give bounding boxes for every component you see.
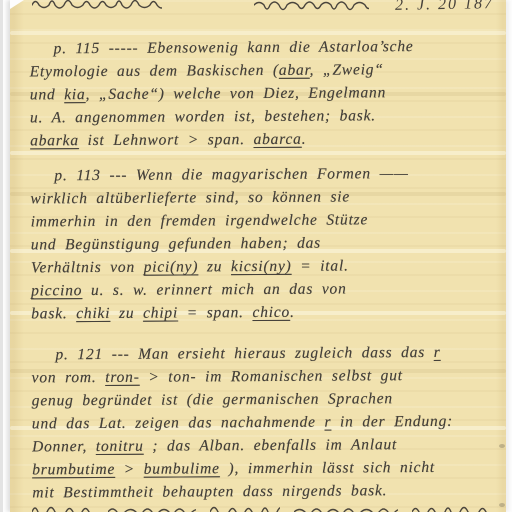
underlined-term: abarka xyxy=(30,132,79,149)
handwritten-line: abarka ist Lehnwort > span. abarca. xyxy=(30,127,491,153)
text-segment: Verhältnis von xyxy=(31,259,144,277)
illegible-handwriting-fragment xyxy=(32,501,94,512)
handwritten-line: wirklich altüberlieferte sind, so können… xyxy=(30,185,491,211)
paragraph: p. 121 --- Man ersieht hieraus zugleich … xyxy=(31,341,493,505)
edge-smudge xyxy=(499,503,505,507)
text-segment: und Begünstigung gefunden haben; das xyxy=(31,235,321,254)
underlined-term: r xyxy=(434,344,441,361)
handwritten-line: p. 113 --- Wenn die magyarischen Formen … xyxy=(30,162,491,188)
handwritten-line: u. A. angenommen worden ist, bestehen; b… xyxy=(30,104,491,130)
underlined-term: tonitru xyxy=(96,438,144,455)
text-segment: genug begründet ist (die germanischen Sp… xyxy=(32,390,393,409)
text-segment: > ton- im Romanischen selbst gut xyxy=(140,367,403,386)
paper-sheet: 2. J. 20 187 p. 115 ----- Ebensowenig ka… xyxy=(10,0,506,512)
text-segment: . xyxy=(290,304,295,321)
text-segment: = ital. xyxy=(292,257,349,274)
edge-smudge xyxy=(499,444,505,448)
handwritten-line: immerhin in den fremden irgendwelche Stü… xyxy=(31,208,492,234)
handwritten-line: Etymologie aus dem Baskischen (abar, „Zw… xyxy=(30,58,491,84)
illegible-handwriting-fragment xyxy=(254,0,369,14)
underlined-term: tron- xyxy=(105,369,140,386)
paragraph: p. 115 ----- Ebensowenig kann die Astarl… xyxy=(30,35,492,153)
handwritten-line: und Begünstigung gefunden haben; das xyxy=(31,231,492,257)
illegible-handwriting-fragment xyxy=(294,501,398,512)
header-line: 2. J. 20 187 xyxy=(32,0,494,14)
handwritten-line: bask. chiki zu chipi = span. chico. xyxy=(31,300,492,326)
text-segment: p. 113 --- Wenn die magyarischen Formen … xyxy=(54,165,408,184)
text-segment: zu xyxy=(198,258,231,275)
handwritten-line: p. 121 --- Man ersieht hieraus zugleich … xyxy=(31,341,492,367)
text-segment: p. 115 ----- Ebensowenig kann die Astarl… xyxy=(54,38,414,57)
text-segment: von rom. xyxy=(32,369,106,386)
illegible-handwriting-fragment xyxy=(412,501,488,512)
text-segment: ; das Alban. ebenfalls im Anlaut xyxy=(144,436,398,455)
underlined-term: bumbulime xyxy=(144,460,220,477)
clipped-bottom-line xyxy=(32,501,492,512)
text-segment: zu xyxy=(110,305,143,322)
underlined-term: kia xyxy=(64,86,85,103)
handwritten-line: brumbutime > bumbulime ), immerhin lässt… xyxy=(32,456,493,482)
text-segment: u. s. w. erinnert mich an das von xyxy=(82,280,346,299)
handwritten-line: von rom. tron- > ton- im Romanischen sel… xyxy=(32,364,493,390)
handwritten-line: Donner, tonitru ; das Alban. ebenfalls i… xyxy=(32,433,493,459)
text-segment: > xyxy=(115,461,144,478)
handwritten-line: und das Lat. zeigen das nachahmende r in… xyxy=(32,410,493,436)
text-segment: ), immerhin lässt sich nicht xyxy=(220,459,435,477)
text-segment: p. 121 --- Man ersieht hieraus zugleich … xyxy=(55,344,433,363)
text-segment: immerhin in den fremden irgendwelche Stü… xyxy=(31,211,369,230)
illegible-handwriting-fragment xyxy=(108,501,196,512)
header-date-fragment: 2. J. 20 187 xyxy=(395,0,494,15)
text-segment: = span. xyxy=(178,304,253,321)
text-segment: in der Endung: xyxy=(331,413,453,431)
illegible-handwriting-fragment xyxy=(32,0,162,14)
paper-corner-notch xyxy=(10,0,24,9)
underlined-term: abarca xyxy=(254,131,302,148)
text-segment: und xyxy=(30,86,64,103)
scan-edge-shadow xyxy=(0,0,3,512)
text-segment: und das Lat. zeigen das nachahmende xyxy=(32,414,325,433)
underlined-term: abar xyxy=(279,62,310,79)
underlined-term: pici(ny) xyxy=(144,258,199,275)
text-segment: wirklich altüberlieferte sind, so können… xyxy=(30,188,350,207)
text-segment: Donner, xyxy=(32,438,96,455)
underlined-term: chico xyxy=(252,304,290,321)
text-segment: . xyxy=(302,131,307,148)
handwritten-line: Verhältnis von pici(ny) zu kicsi(ny) = i… xyxy=(31,254,492,280)
text-segment: , „Sache“) welche von Diez, Engelmann xyxy=(86,84,387,103)
handwritten-line: und kia, „Sache“) welche von Diez, Engel… xyxy=(30,81,491,107)
underlined-term: chipi xyxy=(143,305,178,322)
illegible-handwriting-fragment xyxy=(210,501,280,512)
underlined-term: kicsi(ny) xyxy=(231,258,292,275)
underlined-term: piccino xyxy=(31,282,82,299)
text-segment: , „Zweig“ xyxy=(310,61,384,78)
handwritten-line: genug begründet ist (die germanischen Sp… xyxy=(32,387,493,413)
scanned-document: 2. J. 20 187 p. 115 ----- Ebensowenig ka… xyxy=(0,0,512,512)
underlined-term: brumbutime xyxy=(32,461,115,479)
text-segment: Etymologie aus dem Baskischen ( xyxy=(30,62,279,81)
underlined-term: chiki xyxy=(76,305,110,322)
text-segment: mit Bestimmtheit behaupten dass nirgends… xyxy=(32,482,387,501)
text-segment: u. A. angenommen worden ist, bestehen; b… xyxy=(30,107,376,126)
handwritten-line: piccino u. s. w. erinnert mich an das vo… xyxy=(31,277,492,303)
manuscript-text: p. 115 ----- Ebensowenig kann die Astarl… xyxy=(30,35,494,512)
text-segment: bask. xyxy=(31,305,76,322)
handwritten-line: p. 115 ----- Ebensowenig kann die Astarl… xyxy=(30,35,491,61)
text-segment: ist Lehnwort > span. xyxy=(79,131,254,149)
paragraph: p. 113 --- Wenn die magyarischen Formen … xyxy=(30,162,492,326)
